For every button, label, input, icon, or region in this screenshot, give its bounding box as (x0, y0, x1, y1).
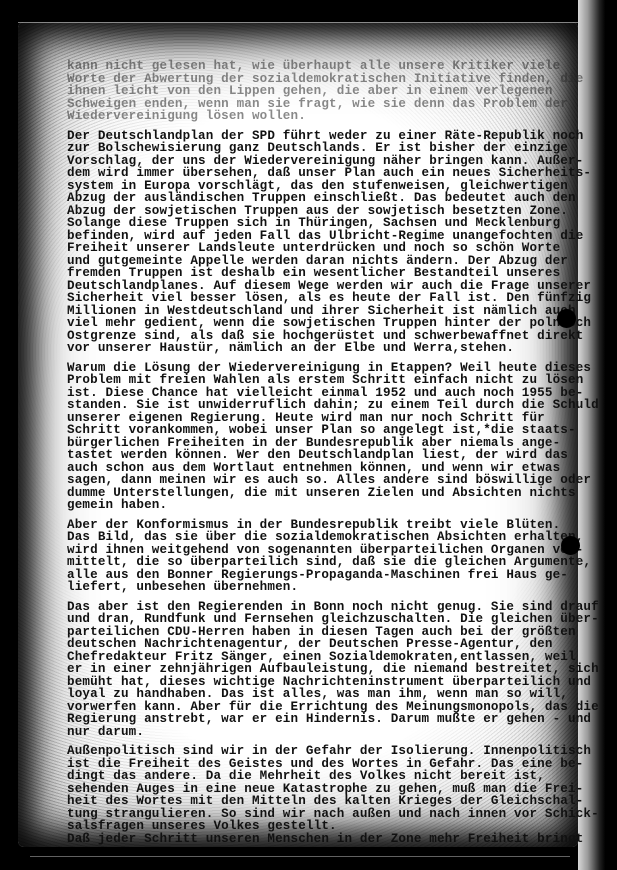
paragraph: Aber der Konformismus in der Bundesrepub… (67, 519, 587, 594)
paragraph: kann nicht gelesen hat, wie überhaupt al… (67, 60, 587, 123)
text-line: er in einer zehnjährigen Aufbauleistung,… (67, 663, 587, 676)
text-line: Solange diese Truppen sich in Thüringen,… (67, 217, 587, 230)
bottom-edge-line (30, 856, 570, 857)
text-line: Sicherheit viel besser lösen, als es heu… (67, 292, 587, 305)
text-line: Schritt vorankommen, wobei unser Plan so… (67, 424, 587, 437)
text-line: mittelt, die so überparteilich sind, daß… (67, 556, 587, 569)
text-line: gemein haben. (67, 499, 587, 512)
text-line: Abzug der ausländischen Truppen einschli… (67, 192, 587, 205)
text-line: Das Bild, das sie über die sozialdemokra… (67, 531, 587, 544)
text-line: Problem mit freien Wahlen als erstem Sch… (67, 374, 587, 387)
text-line: dingt das andere. Da die Mehrheit des Vo… (67, 770, 587, 783)
text-line: vor unserer Haustür, nämlich an der Elbe… (67, 342, 587, 355)
text-line: Daß jeder Schritt unseren Menschen in de… (67, 833, 587, 846)
punch-hole-icon (561, 536, 580, 555)
paragraph: Warum die Lösung der Wiedervereinigung i… (67, 362, 587, 512)
text-line: Außenpolitisch sind wir in der Gefahr de… (67, 745, 587, 758)
text-line: nur darum. (67, 726, 587, 739)
text-line: dem wird immer übersehen, daß unser Plan… (67, 167, 587, 180)
top-edge-line (18, 22, 578, 23)
text-line: heit des Wortes mit den Mitteln des kalt… (67, 795, 587, 808)
paragraph: Das aber ist den Regierenden in Bonn noc… (67, 601, 587, 739)
text-line: fremden Truppen ist deshalb ein wesentli… (67, 267, 587, 280)
text-line: Regierung anstrebt, war er ein Hindernis… (67, 713, 587, 726)
text-line: zur Bolschewisierung ganz Deutschlands. … (67, 142, 587, 155)
text-line: ihnen leicht von den Lippen gehen, die a… (67, 85, 587, 98)
text-line: deutschen Nachrichtenagentur, der Deutsc… (67, 638, 587, 651)
text-line: tastet werden können. Wer den Deutschlan… (67, 449, 587, 462)
text-line: und dran, Rundfunk und Fernsehen gleichz… (67, 613, 587, 626)
text-line: Freiheit unserer Landsleute unterdrücken… (67, 242, 587, 255)
paragraph: Der Deutschlandplan der SPD führt weder … (67, 130, 587, 355)
text-line: Wiedervereinigung lösen wollen. (67, 110, 587, 123)
text-line: kann nicht gelesen hat, wie überhaupt al… (67, 60, 587, 73)
text-line: salsfragen unseres Volkes gestellt. (67, 820, 587, 833)
text-line: viel mehr gedient, wenn die sowjetischen… (67, 317, 587, 330)
paragraph: Außenpolitisch sind wir in der Gefahr de… (67, 745, 587, 845)
text-line: standen. Sie ist unwiderruflich dahin; z… (67, 399, 587, 412)
typewritten-text: kann nicht gelesen hat, wie überhaupt al… (67, 60, 587, 852)
text-line: sagen, dann meinen wir es auch so. Alles… (67, 474, 587, 487)
scanned-page: kann nicht gelesen hat, wie überhaupt al… (0, 0, 617, 870)
text-line: liefert, unbesehen übernehmen. (67, 581, 587, 594)
punch-hole-icon (557, 309, 576, 328)
text-line: loyal zu handhaben. Das ist alles, was m… (67, 688, 587, 701)
